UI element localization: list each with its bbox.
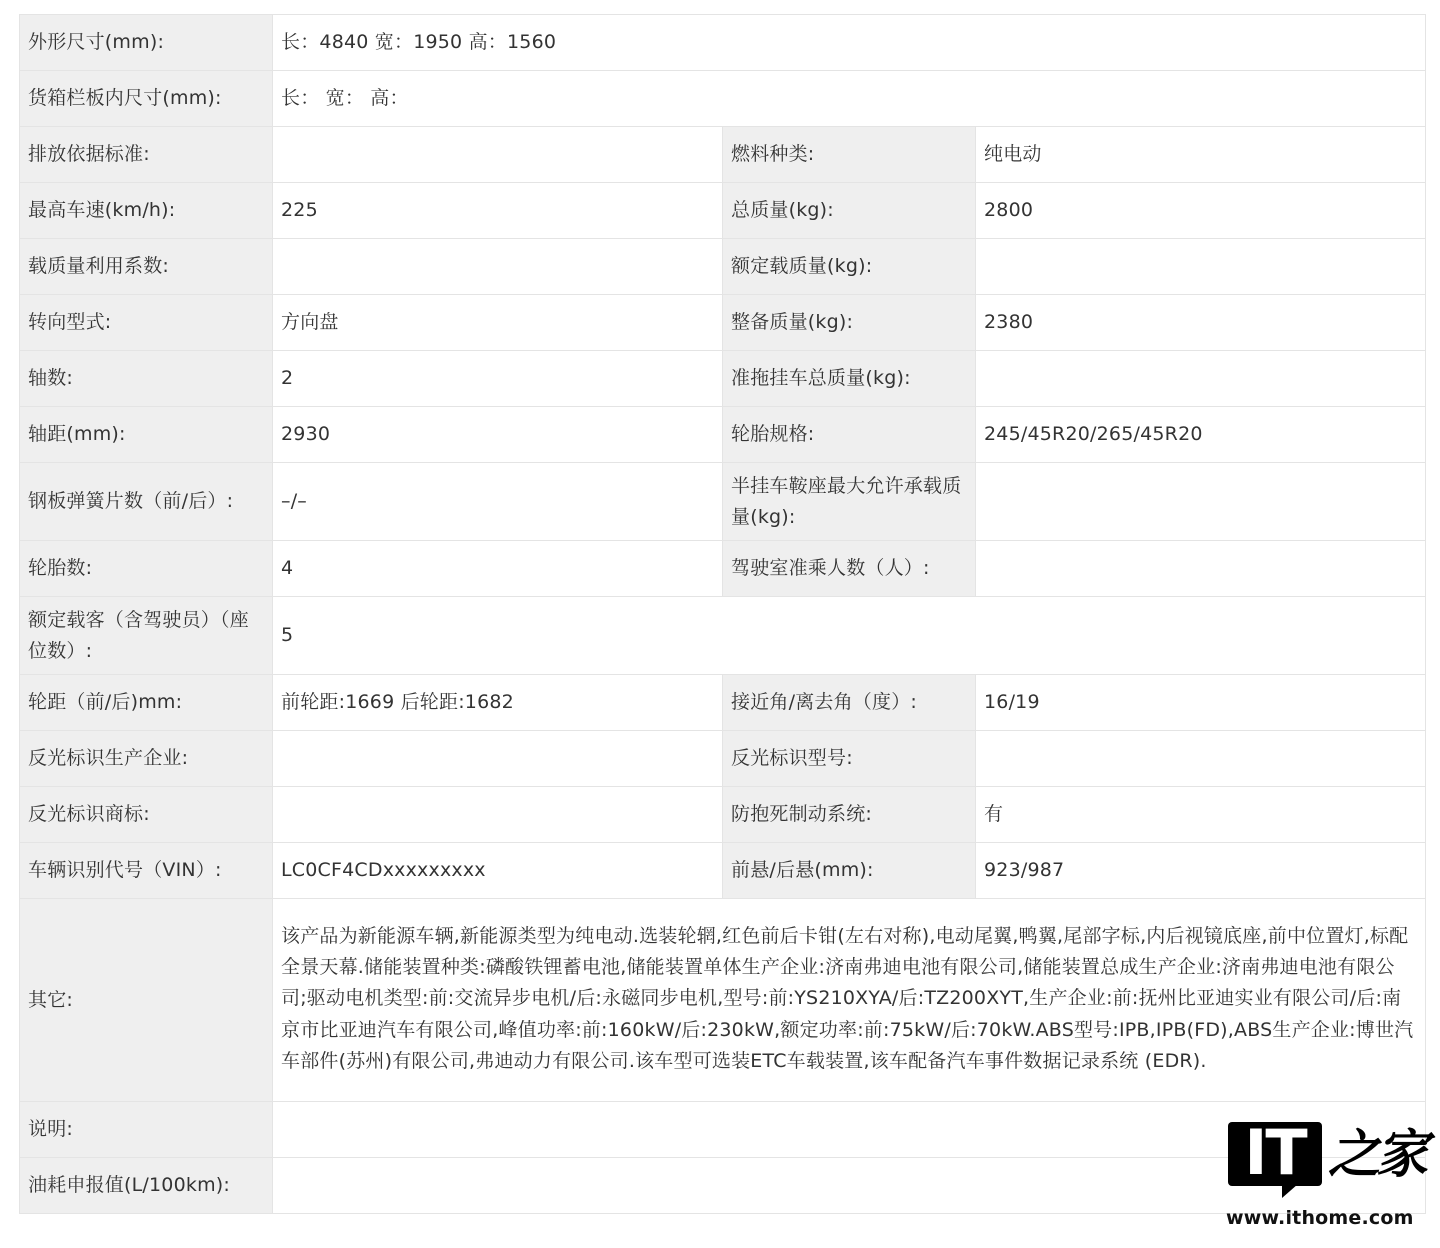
spec-value: 923/987 [976, 843, 1426, 899]
spec-value [273, 787, 723, 843]
spec-label: 半挂车鞍座最大允许承载质量(kg): [723, 463, 976, 541]
spec-row-tire-count-cab: 轮胎数: 4 驾驶室准乘人数（人）: [20, 541, 1426, 597]
spec-value: 长： 宽： 高： [273, 71, 1426, 127]
spec-value [976, 463, 1426, 541]
spec-row-axles-trailer: 轴数: 2 准拖挂车总质量(kg): [20, 351, 1426, 407]
spec-label: 反光标识型号: [723, 731, 976, 787]
spec-value: 2 [273, 351, 723, 407]
spec-label: 车辆识别代号（VIN）: [20, 843, 273, 899]
spec-value [976, 541, 1426, 597]
spec-label: 接近角/离去角（度）: [723, 675, 976, 731]
spec-label: 反光标识生产企业: [20, 731, 273, 787]
spec-row-fuel-consumption: 油耗申报值(L/100km): [20, 1158, 1426, 1214]
speech-bubble-tail-icon [1282, 1184, 1298, 1198]
spec-value: 长：4840 宽：1950 高：1560 [273, 15, 1426, 71]
spec-row-seating-capacity: 额定载客（含驾驶员）（座位数）: 5 [20, 597, 1426, 675]
spec-row-vin-overhang: 车辆识别代号（VIN）: LC0CF4CDxxxxxxxxx 前悬/后悬(mm)… [20, 843, 1426, 899]
spec-label: 轮胎规格: [723, 407, 976, 463]
spec-row-wheelbase-tires: 轴距(mm): 2930 轮胎规格: 245/45R20/265/45R20 [20, 407, 1426, 463]
spec-label: 轮胎数: [20, 541, 273, 597]
ithome-logo-suffix: 之家 [1328, 1120, 1424, 1190]
spec-value: LC0CF4CDxxxxxxxxx [273, 843, 723, 899]
spec-value: 16/19 [976, 675, 1426, 731]
spec-row-speed-mass: 最高车速(km/h): 225 总质量(kg): 2800 [20, 183, 1426, 239]
spec-value [976, 239, 1426, 295]
ithome-logo-text: IT [1228, 1120, 1322, 1184]
spec-label: 总质量(kg): [723, 183, 976, 239]
spec-label: 燃料种类: [723, 127, 976, 183]
spec-row-other: 其它: 该产品为新能源车辆,新能源类型为纯电动.选装轮辋,红色前后卡钳(左右对称… [20, 899, 1426, 1102]
spec-value [273, 731, 723, 787]
spec-label: 轴距(mm): [20, 407, 273, 463]
spec-row-cargo-box-dimensions: 货箱栏板内尺寸(mm): 长： 宽： 高： [20, 71, 1426, 127]
ithome-url: www.ithome.com [1226, 1206, 1426, 1230]
spec-value: 2380 [976, 295, 1426, 351]
spec-label: 钢板弹簧片数（前/后）: [20, 463, 273, 541]
spec-row-load-utilization: 载质量利用系数: 额定载质量(kg): [20, 239, 1426, 295]
spec-value: 纯电动 [976, 127, 1426, 183]
spec-label: 整备质量(kg): [723, 295, 976, 351]
spec-label: 前悬/后悬(mm): [723, 843, 976, 899]
spec-label: 轴数: [20, 351, 273, 407]
spec-value: 225 [273, 183, 723, 239]
spec-label: 最高车速(km/h): [20, 183, 273, 239]
spec-value: 2800 [976, 183, 1426, 239]
spec-value [273, 239, 723, 295]
spec-label: 准拖挂车总质量(kg): [723, 351, 976, 407]
spec-label: 额定载客（含驾驶员）（座位数）: [20, 597, 273, 675]
spec-row-steering-curb-mass: 转向型式: 方向盘 整备质量(kg): 2380 [20, 295, 1426, 351]
spec-label: 防抱死制动系统: [723, 787, 976, 843]
spec-row-leaf-springs-saddle: 钢板弹簧片数（前/后）: –/– 半挂车鞍座最大允许承载质量(kg): [20, 463, 1426, 541]
spec-label: 油耗申报值(L/100km): [20, 1158, 273, 1214]
spec-label: 排放依据标准: [20, 127, 273, 183]
spec-value [976, 731, 1426, 787]
spec-row-emission-fuel: 排放依据标准: 燃料种类: 纯电动 [20, 127, 1426, 183]
spec-label: 驾驶室准乘人数（人）: [723, 541, 976, 597]
spec-row-reflective-maker-model: 反光标识生产企业: 反光标识型号: [20, 731, 1426, 787]
spec-value: 2930 [273, 407, 723, 463]
spec-label: 轮距（前/后)mm: [20, 675, 273, 731]
spec-value: 前轮距:1669 后轮距:1682 [273, 675, 723, 731]
spec-value: 4 [273, 541, 723, 597]
spec-value [273, 127, 723, 183]
vehicle-spec-table: 外形尺寸(mm): 长：4840 宽：1950 高：1560 货箱栏板内尺寸(m… [19, 14, 1426, 1214]
spec-row-reflective-brand-abs: 反光标识商标: 防抱死制动系统: 有 [20, 787, 1426, 843]
spec-value: 245/45R20/265/45R20 [976, 407, 1426, 463]
spec-value [976, 351, 1426, 407]
ithome-watermark: IT 之家 www.ithome.com [1226, 1120, 1426, 1240]
spec-row-exterior-dimensions: 外形尺寸(mm): 长：4840 宽：1950 高：1560 [20, 15, 1426, 71]
spec-value: 有 [976, 787, 1426, 843]
spec-value-other-notes: 该产品为新能源车辆,新能源类型为纯电动.选装轮辋,红色前后卡钳(左右对称),电动… [273, 899, 1426, 1102]
spec-row-remarks: 说明: [20, 1102, 1426, 1158]
spec-label: 反光标识商标: [20, 787, 273, 843]
spec-label: 额定载质量(kg): [723, 239, 976, 295]
spec-label: 外形尺寸(mm): [20, 15, 273, 71]
spec-label: 其它: [20, 899, 273, 1102]
spec-value: –/– [273, 463, 723, 541]
spec-value: 方向盘 [273, 295, 723, 351]
spec-value: 5 [273, 597, 1426, 675]
spec-label: 说明: [20, 1102, 273, 1158]
spec-row-track-angles: 轮距（前/后)mm: 前轮距:1669 后轮距:1682 接近角/离去角（度）:… [20, 675, 1426, 731]
spec-label: 货箱栏板内尺寸(mm): [20, 71, 273, 127]
ithome-logo-icon: IT [1228, 1122, 1322, 1186]
spec-label: 载质量利用系数: [20, 239, 273, 295]
spec-label: 转向型式: [20, 295, 273, 351]
